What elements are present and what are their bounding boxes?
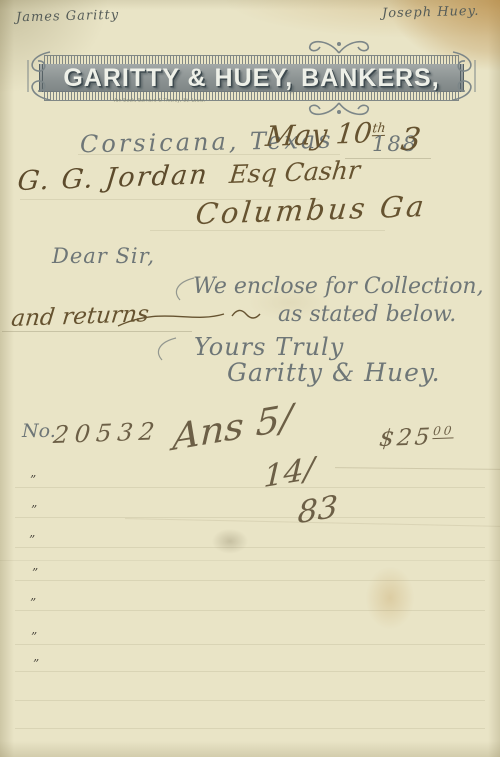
ledger-line — [15, 728, 485, 729]
ditto-mark: ” — [30, 596, 36, 610]
no-label: No. — [22, 420, 56, 442]
lead-in-flourish — [152, 336, 178, 362]
date-handwritten: May 10th — [264, 116, 387, 153]
body-printed-line2: as stated below. — [278, 302, 456, 327]
amount: $2500 — [378, 423, 455, 452]
printer-imprint: Van Beek, Barnard & Tinsley, St. Louis. — [113, 98, 205, 103]
banner-top-ornament — [284, 38, 394, 56]
answered-annotation-part1: Ans 5/ — [172, 396, 293, 459]
ledger-line — [15, 610, 485, 611]
letter-document: James Garitty Joseph Huey. GARITTY & HUE… — [0, 0, 500, 757]
paper-crease — [335, 467, 500, 470]
ledger-line — [15, 580, 485, 581]
pen-flourish-dash — [116, 302, 276, 330]
ledger-line — [15, 487, 485, 488]
answered-annotation-part2: 14/ — [263, 451, 315, 495]
signature: Garitty & Huey. — [227, 358, 441, 387]
year-handwritten: 3 — [399, 121, 423, 158]
ledger-line — [15, 517, 485, 518]
banner-left-scroll — [24, 48, 52, 104]
date-day: May 10 — [264, 116, 374, 153]
addressee-name: G. G. Jordan — [16, 159, 210, 197]
partner-name-right: Joseph Huey. — [382, 4, 480, 22]
partner-name-left: James Garitty — [16, 8, 119, 26]
paper-crease — [0, 560, 500, 561]
banner-hatch-bottom — [44, 91, 459, 101]
ditto-mark: ” — [33, 657, 39, 671]
ditto-mark: ” — [30, 473, 36, 487]
answered-annotation-part3: 83 — [297, 489, 339, 531]
amount-dollars: $25 — [378, 424, 434, 452]
addressee-city: Columbus Ga — [194, 189, 428, 231]
amount-cents: 00 — [432, 424, 455, 440]
banner-panel: GARITTY & HUEY, BANKERS, — [39, 64, 464, 92]
ledger-line — [15, 671, 485, 672]
closing: Yours Truly — [194, 333, 344, 361]
addressee-title: Esq Cashr — [228, 155, 362, 189]
ruled-line — [150, 230, 385, 231]
ditto-mark: ” — [32, 566, 38, 580]
ledger-line — [15, 547, 485, 548]
letterhead-banner: GARITTY & HUEY, BANKERS, — [30, 40, 473, 110]
item-number: 20532 — [52, 417, 162, 449]
ledger-line — [15, 644, 485, 645]
salutation: Dear Sir, — [52, 244, 155, 268]
bank-name-title: GARITTY & HUEY, BANKERS, — [63, 64, 439, 93]
body-printed-line1: We enclose for Collection, — [193, 274, 484, 299]
ditto-mark: ” — [31, 503, 37, 517]
ditto-mark: ” — [29, 533, 35, 547]
banner-right-scroll — [451, 48, 479, 104]
ledger-line — [15, 700, 485, 701]
ditto-mark: ” — [31, 630, 37, 644]
